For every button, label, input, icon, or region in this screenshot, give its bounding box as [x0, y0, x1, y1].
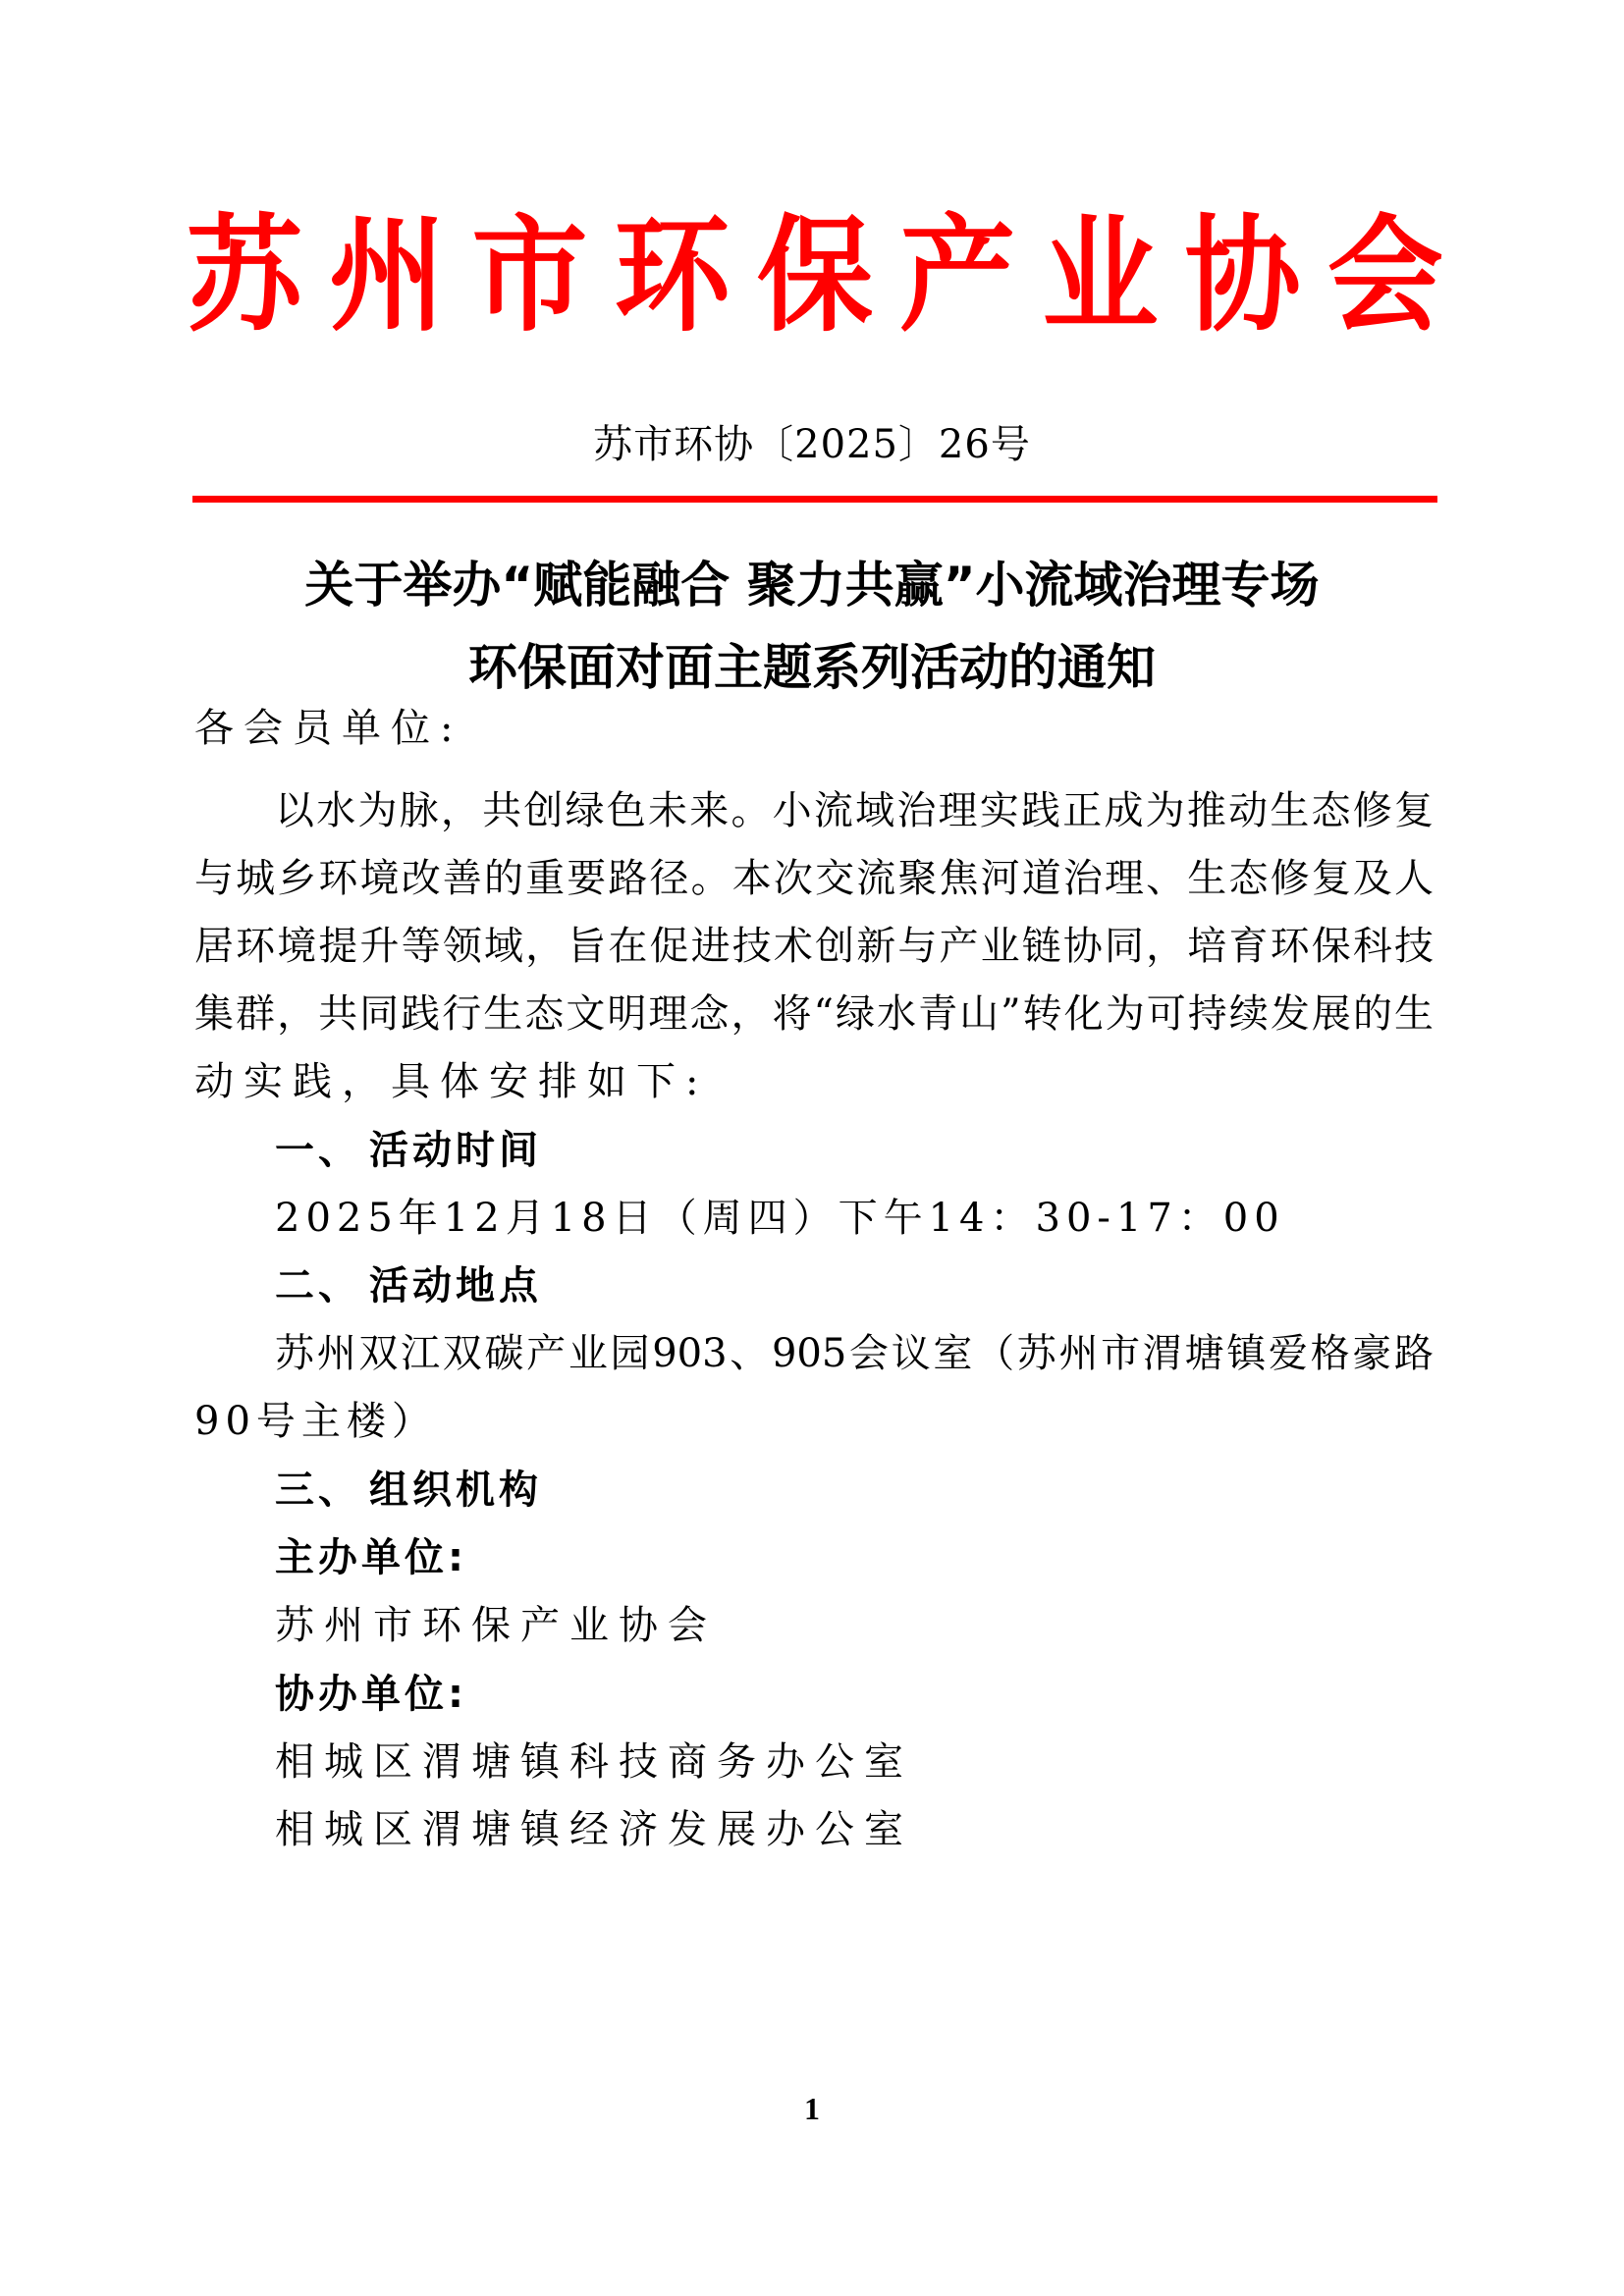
section-heading-time: 一、活动时间: [275, 1125, 1434, 1176]
banner-char: 保: [757, 206, 873, 344]
notice-title-line-2: 环保面对面主题系列活动的通知: [0, 638, 1624, 697]
section-number: 一、: [275, 1125, 369, 1176]
event-location-line: 苏州双江双碳产业园903、905会议室（苏州市渭塘镇爱格豪路: [275, 1328, 1434, 1379]
co-host-organization: 相城区渭塘镇科技商务办公室: [275, 1736, 1434, 1788]
section-heading-text: 活动时间: [369, 1128, 542, 1173]
section-heading-location: 二、活动地点: [275, 1260, 1434, 1311]
host-label: 主办单位:: [275, 1532, 1434, 1583]
event-location-line: 90号主楼）: [194, 1396, 1434, 1447]
banner-char: 协: [1185, 206, 1301, 344]
section-heading-text: 活动地点: [369, 1263, 542, 1308]
red-divider-rule: [192, 496, 1437, 503]
banner-char: 环: [615, 206, 731, 344]
intro-paragraph-line: 动实践，具体安排如下:: [194, 1056, 1434, 1107]
banner-char: 会: [1327, 206, 1443, 344]
banner-char: 业: [1042, 206, 1158, 344]
co-host-label: 协办单位:: [275, 1669, 1434, 1720]
organization-banner: 苏 州 市 环 保 产 业 协 会: [187, 211, 1443, 339]
document-number: 苏市环协〔2025〕26号: [0, 420, 1624, 469]
section-heading-text: 组织机构: [369, 1468, 542, 1513]
event-time: 2025年12月18日（周四）下午14：30-17：00: [275, 1193, 1434, 1244]
co-host-organization: 相城区渭塘镇经济发展办公室: [275, 1804, 1434, 1855]
section-number: 二、: [275, 1260, 369, 1311]
intro-paragraph-line: 居环境提升等领域，旨在促进技术创新与产业链协同，培育环保科技: [194, 921, 1434, 972]
banner-char: 州: [329, 206, 445, 344]
page-number: 1: [0, 2091, 1624, 2127]
salutation: 各会员单位:: [194, 703, 1434, 754]
host-organization: 苏州市环保产业协会: [275, 1600, 1434, 1651]
notice-title-line-1: 关于举办“赋能融合 聚力共赢”小流域治理专场: [0, 556, 1624, 614]
intro-paragraph-line: 以水为脉，共创绿色未来。小流域治理实践正成为推动生态修复: [275, 785, 1434, 836]
banner-char: 苏: [187, 206, 302, 344]
document-page: 苏 州 市 环 保 产 业 协 会 苏市环协〔2025〕26号 关于举办“赋能融…: [0, 0, 1624, 2296]
intro-paragraph-line: 与城乡环境改善的重要路径。本次交流聚焦河道治理、生态修复及人: [194, 853, 1434, 904]
section-heading-organizers: 三、组织机构: [275, 1465, 1434, 1516]
banner-char: 市: [471, 206, 587, 344]
banner-char: 产: [899, 206, 1015, 344]
section-number: 三、: [275, 1465, 369, 1516]
intro-paragraph-line: 集群，共同践行生态文明理念，将“绿水青山”转化为可持续发展的生: [194, 988, 1434, 1040]
